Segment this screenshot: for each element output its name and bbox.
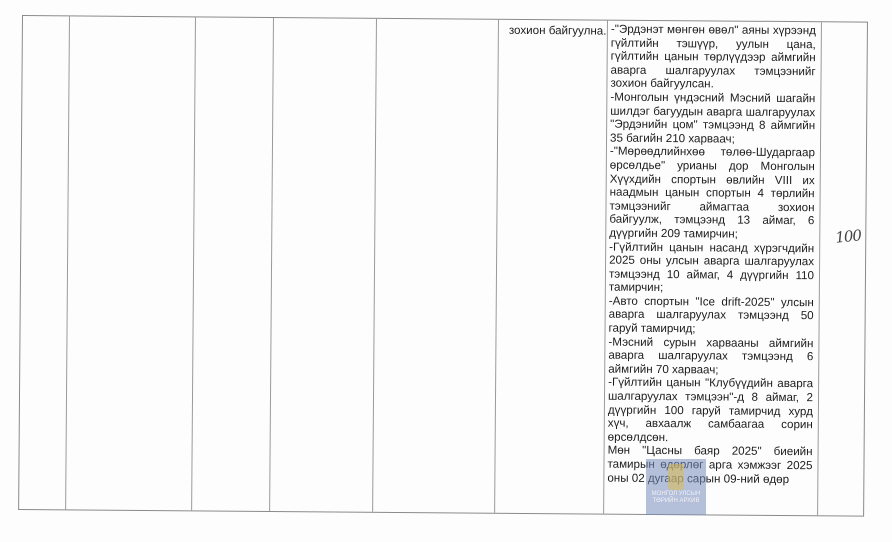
report-cell: -"Эрдэнэт мөнгөн өвөл" аяны хүрээнд гүйл… bbox=[607, 23, 816, 487]
document-page: зохион байгуулна. -"Эрдэнэт мөнгөн өвөл"… bbox=[0, 0, 892, 542]
column-divider bbox=[817, 22, 822, 515]
report-paragraph: Мөн "Цасны баяр 2025" биеийн тамирын өдө… bbox=[607, 444, 812, 486]
stamp-text: МОНГОЛ УЛСЫН ТӨРИЙН АРХИВ bbox=[648, 491, 704, 505]
report-paragraph: -"Мөрөөдлийнхөө төлөө-Шударгаар өрсөлдье… bbox=[609, 145, 815, 242]
column-divider bbox=[191, 17, 196, 510]
report-table: зохион байгуулна. -"Эрдэнэт мөнгөн өвөл"… bbox=[18, 15, 868, 517]
column-divider bbox=[372, 19, 377, 512]
column-divider bbox=[65, 16, 70, 509]
plan-cell-text: зохион байгуулна. bbox=[509, 24, 609, 38]
handwritten-score: 100 bbox=[834, 226, 861, 246]
column-divider bbox=[494, 20, 499, 513]
report-paragraph: -"Эрдэнэт мөнгөн өвөл" аяны хүрээнд гүйл… bbox=[610, 23, 816, 93]
report-paragraph: -Гүйлтийн цанын "Клубүүдийн аварга шалга… bbox=[608, 376, 814, 446]
column-divider bbox=[269, 18, 274, 511]
report-paragraph: -Мэсний сурын харвааны аймгийн аварга ша… bbox=[608, 335, 813, 377]
report-paragraph: -Монголын үндэсний Мэсний шагайн шилдэг … bbox=[610, 91, 815, 147]
report-paragraph: -Авто спортын "Ice drift-2025" улсын ава… bbox=[609, 294, 814, 336]
archive-stamp: МОНГОЛ УЛСЫН ТӨРИЙН АРХИВ bbox=[646, 459, 706, 515]
report-paragraph: -Гүйлтийн цанын насанд хүрэгчдийн 2025 о… bbox=[609, 240, 814, 296]
soyombo-emblem-icon bbox=[668, 464, 684, 490]
